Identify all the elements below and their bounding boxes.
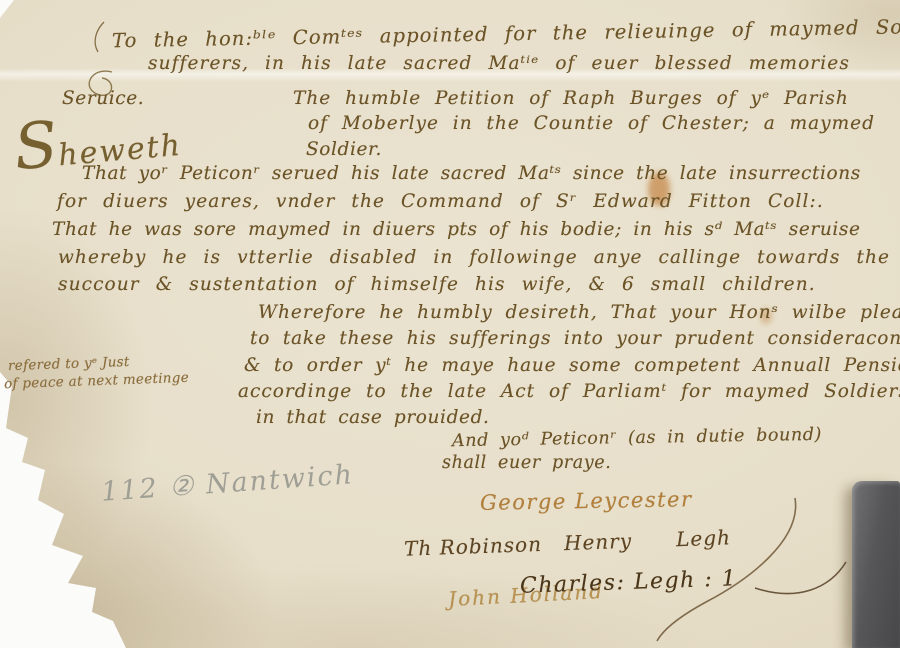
- para2-line1: That he was sore maymed in diuers pts of…: [52, 219, 861, 240]
- prayer-line5: in that case prouided.: [256, 407, 490, 428]
- paper-weight-strip: [852, 481, 900, 648]
- prayer-line4: accordinge to the late Act of Parliamᵗ f…: [238, 381, 900, 402]
- para2-line3: succour & sustentation of himselfe his w…: [58, 274, 816, 295]
- prayer-line2: to take these his sufferings into your p…: [250, 328, 900, 349]
- heading-petition-line3: Soldier.: [306, 139, 382, 160]
- prayer-line1: Wherefore he humbly desireth, That your …: [258, 302, 900, 323]
- prayer-line3: & to order yᵗ he maye haue some competen…: [244, 355, 900, 376]
- heading-petition-line1: The humble Petition of Raph Burges of yᵉ…: [293, 88, 849, 109]
- para1-line2: for diuers yeares, vnder the Command of …: [57, 191, 824, 212]
- heading-petition-line2: of Moberlye in the Countie of Chester; a…: [308, 113, 875, 134]
- signature-george-leycester: George Leycester: [480, 487, 693, 515]
- heading-address-line2: sufferers, in his late sacred Maᵗⁱᵉ of e…: [148, 53, 850, 74]
- para2-line2: whereby he is vtterlie disabled in follo…: [58, 247, 890, 268]
- para1-line1: That yoʳ Peticonʳ serued his late sacred…: [82, 163, 861, 184]
- closing-line2: shall euer praye.: [442, 453, 611, 473]
- manuscript-scan: To the hon:ᵇˡᵉ Comᵗᵉˢ appointed for the …: [0, 0, 900, 648]
